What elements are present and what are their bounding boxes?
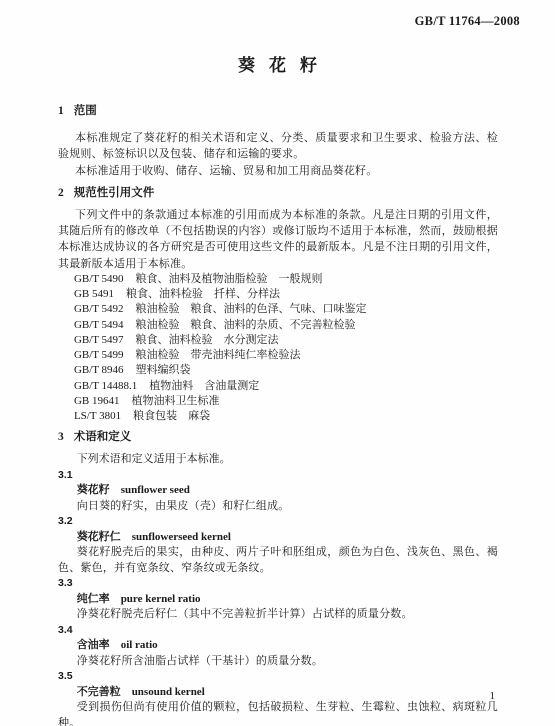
reference-title: 植物油料卫生标准 [131, 395, 219, 407]
section-terms-heading: 3术语和定义 [58, 430, 498, 445]
term-clause-number: 3.3 [58, 576, 498, 592]
reference-code: GB/T 5490 [74, 273, 124, 285]
term-definition: 葵花籽脱壳后的果实，由种皮、两片子叶和胚组成，颜色为白色、浅灰色、黑色、褐色、紫… [58, 545, 498, 576]
reference-code: GB/T 5492 [74, 303, 124, 315]
reference-code: GB/T 14488.1 [74, 380, 137, 392]
reference-title: 粮食、油料及植物油脂检验 一般规则 [136, 273, 323, 285]
terms-list: 3.1 葵花籽sunflower seed 向日葵的籽实，由果皮（壳）和籽仁组成… [58, 468, 498, 726]
reference-code: LS/T 3801 [74, 410, 121, 422]
standard-code: GB/T 11764—2008 [415, 14, 520, 28]
reference-item: GB/T 5494粮油检验 粮食、油料的杂质、不完善粒检验 [74, 318, 498, 333]
reference-title: 粮油检验 带壳油料纯仁率检验法 [136, 349, 301, 361]
term-name-english: pure kernel ratio [121, 593, 201, 605]
term-heading: 不完善粒unsound kernel [58, 685, 498, 701]
term-heading: 纯仁率pure kernel ratio [58, 592, 498, 608]
document-body: 1范围 本标准规定了葵花籽的相关术语和定义、分类、质量要求和卫生要求、检验方法、… [58, 104, 498, 726]
term-clause-number: 3.4 [58, 623, 498, 639]
terms-intro-paragraph: 下列术语和定义适用于本标准。 [58, 452, 498, 468]
term-heading: 葵花籽sunflower seed [58, 483, 498, 499]
term-name-english: sunflower seed [121, 484, 190, 496]
reference-title: 粮油检验 粮食、油料的色泽、气味、口味鉴定 [136, 303, 367, 315]
reference-code: GB/T 5499 [74, 349, 124, 361]
section-terms-number: 3 [58, 431, 64, 443]
term-heading: 葵花籽仁sunflowerseed kernel [58, 530, 498, 546]
reference-title: 粮食、油料检验 扦样、分样法 [126, 288, 280, 300]
term-clause-number: 3.5 [58, 669, 498, 685]
term-name-chinese: 葵花籽仁 [77, 531, 121, 543]
term-name-chinese: 葵花籽 [77, 484, 110, 496]
document-title: 葵花籽 [0, 55, 555, 77]
document-header: GB/T 11764—2008 [0, 13, 555, 29]
term-entry: 3.4 含油率oil ratio 净葵花籽所含油脂占试样（干基计）的质量分数。 [58, 623, 498, 670]
scope-paragraph-1: 本标准规定了葵花籽的相关术语和定义、分类、质量要求和卫生要求、检验方法、检验规则… [58, 130, 498, 163]
section-scope-heading: 1范围 [58, 104, 498, 119]
reference-title: 粮油检验 粮食、油料的杂质、不完善粒检验 [136, 319, 356, 331]
term-name-chinese: 不完善粒 [77, 686, 121, 698]
term-entry: 3.1 葵花籽sunflower seed 向日葵的籽实，由果皮（壳）和籽仁组成… [58, 468, 498, 515]
reference-item: GB 19641植物油料卫生标准 [74, 394, 498, 409]
term-clause-number: 3.2 [58, 514, 498, 530]
reference-item: GB/T 14488.1植物油料 含油量测定 [74, 379, 498, 394]
scope-paragraph-2: 本标准适用于收购、储存、运输、贸易和加工用商品葵花籽。 [58, 163, 498, 179]
section-terms-title: 术语和定义 [74, 431, 132, 443]
reference-code: GB/T 5497 [74, 334, 124, 346]
term-name-chinese: 含油率 [77, 639, 110, 651]
document-page: GB/T 11764—2008 葵花籽 1范围 本标准规定了葵花籽的相关术语和定… [0, 0, 555, 726]
term-name-english: unsound kernel [132, 686, 205, 698]
reference-code: GB/T 5494 [74, 319, 124, 331]
reference-title: 塑料编织袋 [136, 364, 191, 376]
reference-title: 粮食包装 麻袋 [133, 410, 210, 422]
section-scope-number: 1 [58, 105, 64, 117]
term-heading: 含油率oil ratio [58, 638, 498, 654]
normative-references-list: GB/T 5490粮食、油料及植物油脂检验 一般规则 GB 5491粮食、油料检… [58, 272, 498, 424]
references-intro-paragraph: 下列文件中的条款通过本标准的引用而成为本标准的条款。凡是注日期的引用文件，其随后… [58, 207, 498, 272]
reference-title: 粮食、油料检验 水分测定法 [136, 334, 279, 346]
section-scope-title: 范围 [74, 105, 97, 117]
term-entry: 3.2 葵花籽仁sunflowerseed kernel 葵花籽脱壳后的果实，由… [58, 514, 498, 576]
section-references-heading: 2规范性引用文件 [58, 186, 498, 201]
reference-item: GB/T 5492粮油检验 粮食、油料的色泽、气味、口味鉴定 [74, 302, 498, 317]
term-name-english: oil ratio [121, 639, 158, 651]
reference-item: GB 5491粮食、油料检验 扦样、分样法 [74, 287, 498, 302]
term-definition: 受到损伤但尚有使用价值的颗粒，包括破损粒、生芽粒、生霉粒、虫蚀粒、病斑粒几种。 [58, 700, 498, 726]
reference-title: 植物油料 含油量测定 [149, 380, 259, 392]
term-entry: 3.5 不完善粒unsound kernel 受到损伤但尚有使用价值的颗粒，包括… [58, 669, 498, 726]
reference-code: GB/T 8946 [74, 364, 124, 376]
term-name-chinese: 纯仁率 [77, 593, 110, 605]
reference-item: LS/T 3801粮食包装 麻袋 [74, 409, 498, 424]
reference-item: GB/T 5497粮食、油料检验 水分测定法 [74, 333, 498, 348]
term-name-english: sunflowerseed kernel [132, 531, 231, 543]
reference-item: GB/T 5499粮油检验 带壳油料纯仁率检验法 [74, 348, 498, 363]
term-definition: 净葵花籽脱壳后籽仁（其中不完善粒折半计算）占试样的质量分数。 [58, 607, 498, 623]
term-definition: 向日葵的籽实，由果皮（壳）和籽仁组成。 [58, 499, 498, 515]
section-references-number: 2 [58, 187, 64, 199]
reference-item: GB/T 8946塑料编织袋 [74, 363, 498, 378]
page-number: 1 [490, 690, 496, 702]
reference-code: GB 19641 [74, 395, 120, 407]
reference-code: GB 5491 [74, 288, 114, 300]
section-references-title: 规范性引用文件 [74, 187, 155, 199]
term-entry: 3.3 纯仁率pure kernel ratio 净葵花籽脱壳后籽仁（其中不完善… [58, 576, 498, 623]
reference-item: GB/T 5490粮食、油料及植物油脂检验 一般规则 [74, 272, 498, 287]
term-clause-number: 3.1 [58, 468, 498, 484]
term-definition: 净葵花籽所含油脂占试样（干基计）的质量分数。 [58, 654, 498, 670]
